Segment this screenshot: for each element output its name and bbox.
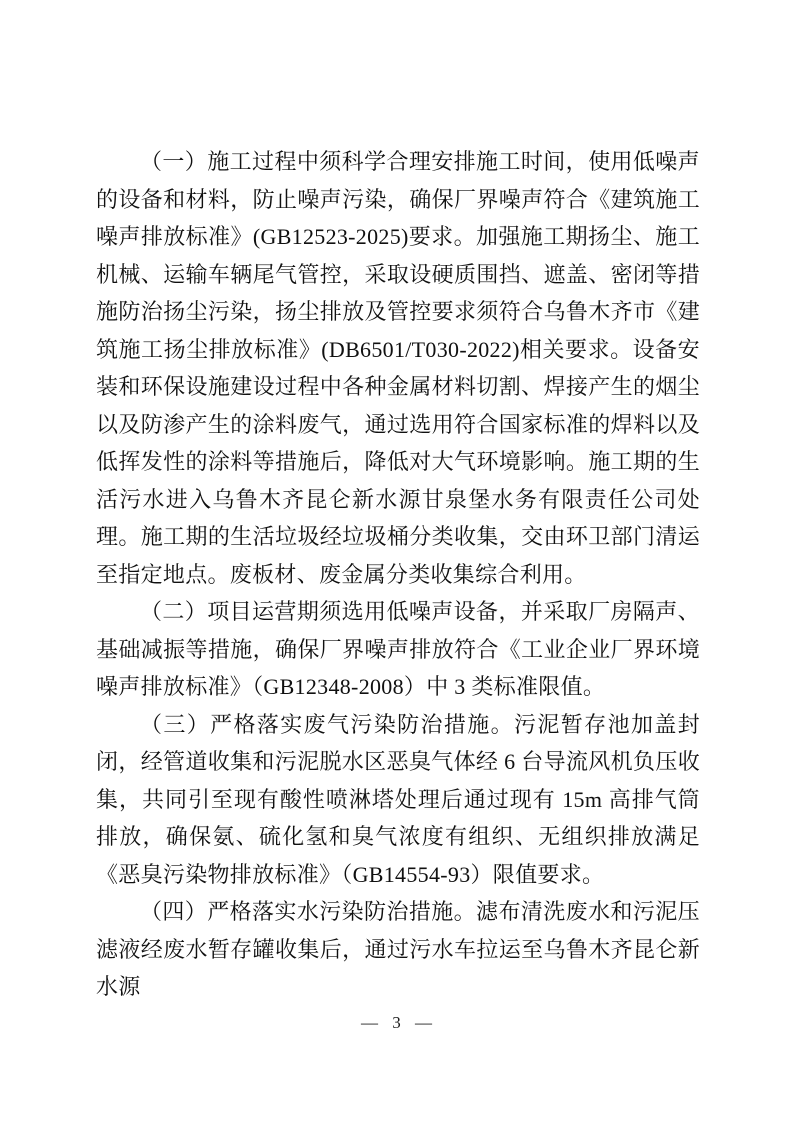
paragraph-item-4: （四）严格落实水污染防治措施。滤布清洗废水和污泥压滤液经废水暂存罐收集后，通过污… xyxy=(96,893,700,1006)
paragraph-item-1: （一）施工过程中须科学合理安排施工时间，使用低噪声的设备和材料，防止噪声污染，确… xyxy=(96,143,700,593)
paragraph-item-2: （二）项目运营期须选用低噪声设备，并采取厂房隔声、基础减振等措施，确保厂界噪声排… xyxy=(96,593,700,706)
paragraph-item-3: （三）严格落实废气污染防治措施。污泥暂存池加盖封闭，经管道收集和污泥脱水区恶臭气… xyxy=(96,706,700,894)
page-number: — 3 — xyxy=(0,1013,793,1033)
document-page: （一）施工过程中须科学合理安排施工时间，使用低噪声的设备和材料，防止噪声污染，确… xyxy=(0,0,793,1122)
document-body: （一）施工过程中须科学合理安排施工时间，使用低噪声的设备和材料，防止噪声污染，确… xyxy=(96,143,700,1006)
